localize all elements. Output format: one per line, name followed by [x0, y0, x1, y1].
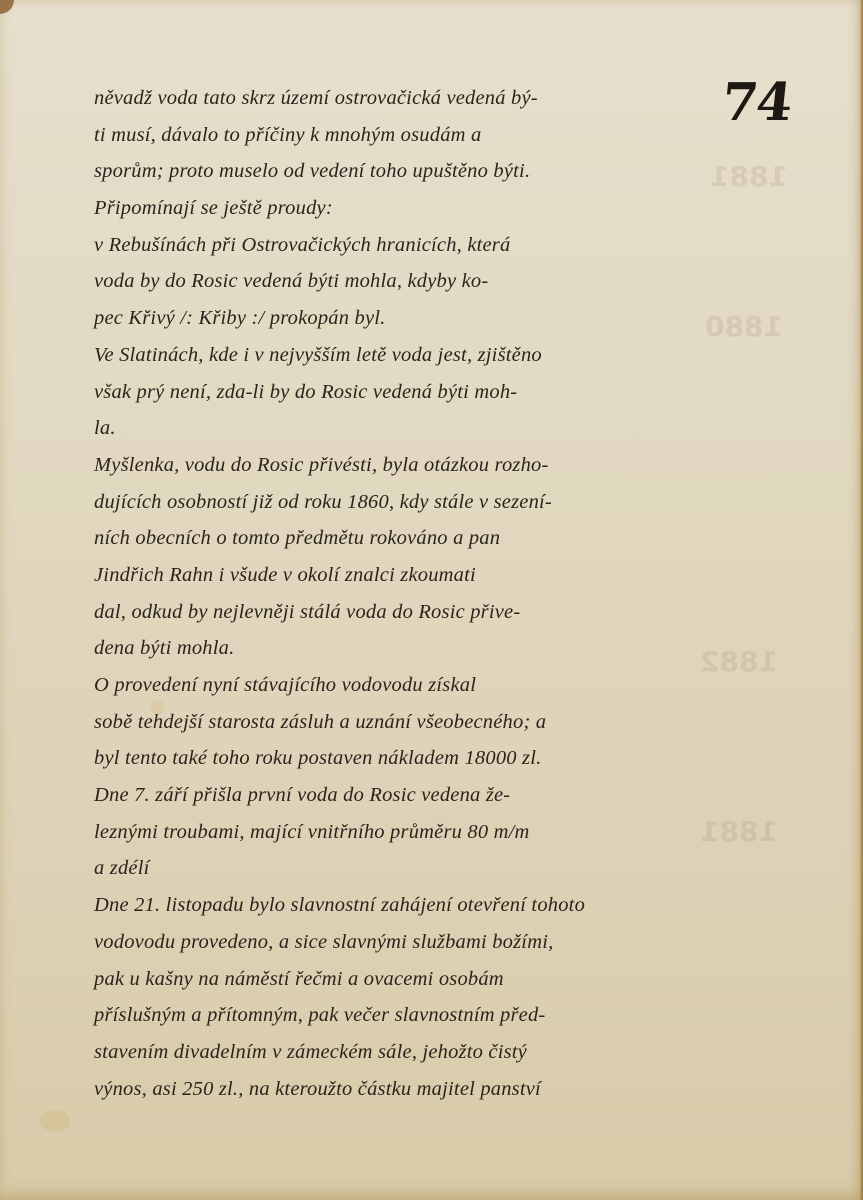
text-line: vodovodu provedeno, a sice slavnými služ… — [94, 924, 694, 961]
bleed-through-mark: 1881 — [700, 815, 778, 848]
text-line: dena býti mohla. — [94, 630, 694, 667]
text-line: Ve Slatinách, kde i v nejvyšším letě vod… — [94, 337, 694, 374]
text-line: ti musí, dávalo to příčiny k mnohým osud… — [94, 117, 694, 154]
text-line: Připomínají se ještě proudy: — [94, 190, 694, 227]
text-line: voda by do Rosic vedená býti mohla, kdyb… — [94, 263, 694, 300]
text-line: sporům; proto muselo od vedení toho upuš… — [94, 153, 694, 190]
text-line: byl tento také toho roku postaven náklad… — [94, 740, 694, 777]
bleed-through-mark: 1882 — [700, 645, 778, 678]
text-line: Myšlenka, vodu do Rosic přivésti, byla o… — [94, 447, 694, 484]
text-line: v Rebušínách při Ostrovačických hranicíc… — [94, 227, 694, 264]
bleed-through-mark: 1880 — [705, 310, 783, 343]
text-line: leznými troubami, mající vnitřního průmě… — [94, 814, 694, 851]
handwritten-text-body: něvadž voda tato skrz území ostrovačická… — [94, 80, 694, 1107]
text-line: pak u kašny na náměstí řečmi a ovacemi o… — [94, 961, 694, 998]
text-line: Jindřich Rahn i všude v okolí znalci zko… — [94, 557, 694, 594]
text-line: stavením divadelním v zámeckém sále, jeh… — [94, 1034, 694, 1071]
text-line: dujících osobností již od roku 1860, kdy… — [94, 484, 694, 521]
text-line: la. — [94, 410, 694, 447]
text-line: O provedení nyní stávajícího vodovodu zí… — [94, 667, 694, 704]
text-line: však prý není, zda-li by do Rosic vedená… — [94, 374, 694, 411]
manuscript-page: 74 1881 1880 1882 1881 něvadž voda tato … — [0, 0, 863, 1200]
text-line: něvadž voda tato skrz území ostrovačická… — [94, 80, 694, 117]
text-line: a zdélí — [94, 850, 694, 887]
text-line: výnos, asi 250 zl., na kteroužto částku … — [94, 1071, 694, 1108]
text-line: pec Křivý /: Křiby :/ prokopán byl. — [94, 300, 694, 337]
text-line: dal, odkud by nejlevněji stálá voda do R… — [94, 594, 694, 631]
bleed-through-mark: 1881 — [710, 160, 788, 193]
text-line: Dne 7. září přišla první voda do Rosic v… — [94, 777, 694, 814]
text-line: příslušným a přítomným, pak večer slavno… — [94, 997, 694, 1034]
text-line: Dne 21. listopadu bylo slavnostní zaháje… — [94, 887, 694, 924]
text-line: ních obecních o tomto předmětu rokováno … — [94, 520, 694, 557]
page-number: 74 — [719, 72, 794, 133]
text-line: sobě tehdejší starosta zásluh a uznání v… — [94, 704, 694, 741]
paper-stain — [40, 1110, 70, 1132]
